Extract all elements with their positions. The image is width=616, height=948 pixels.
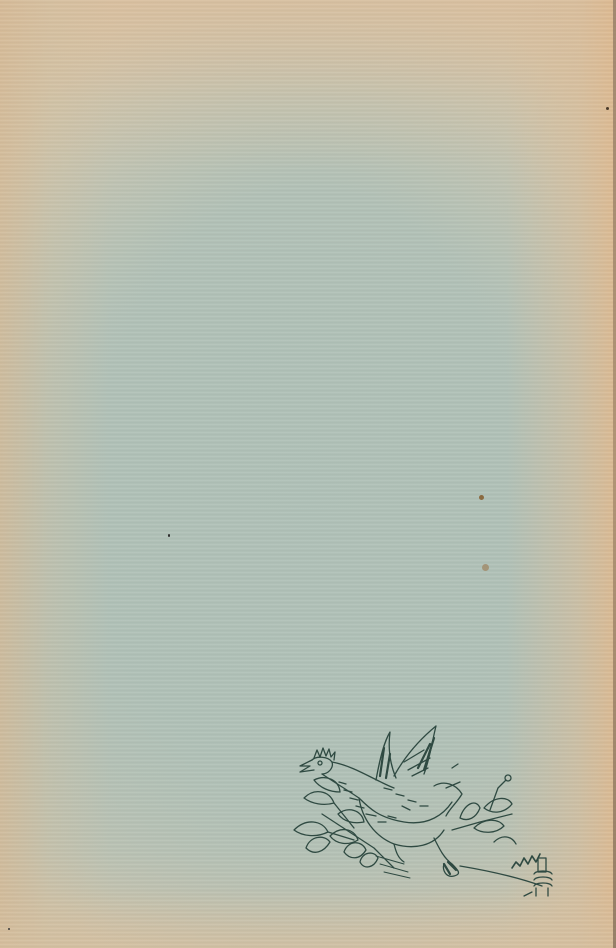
paper-speck	[8, 928, 10, 930]
rooster-illustration	[284, 718, 574, 898]
leaves-right-icon	[452, 764, 516, 844]
leaves-left-icon	[294, 778, 394, 868]
paper-speck	[606, 107, 609, 110]
paper-speck	[168, 534, 170, 537]
paper-speck	[482, 564, 489, 571]
aged-left-edge	[0, 0, 110, 948]
book-cover	[0, 0, 616, 948]
paper-speck	[479, 495, 484, 500]
